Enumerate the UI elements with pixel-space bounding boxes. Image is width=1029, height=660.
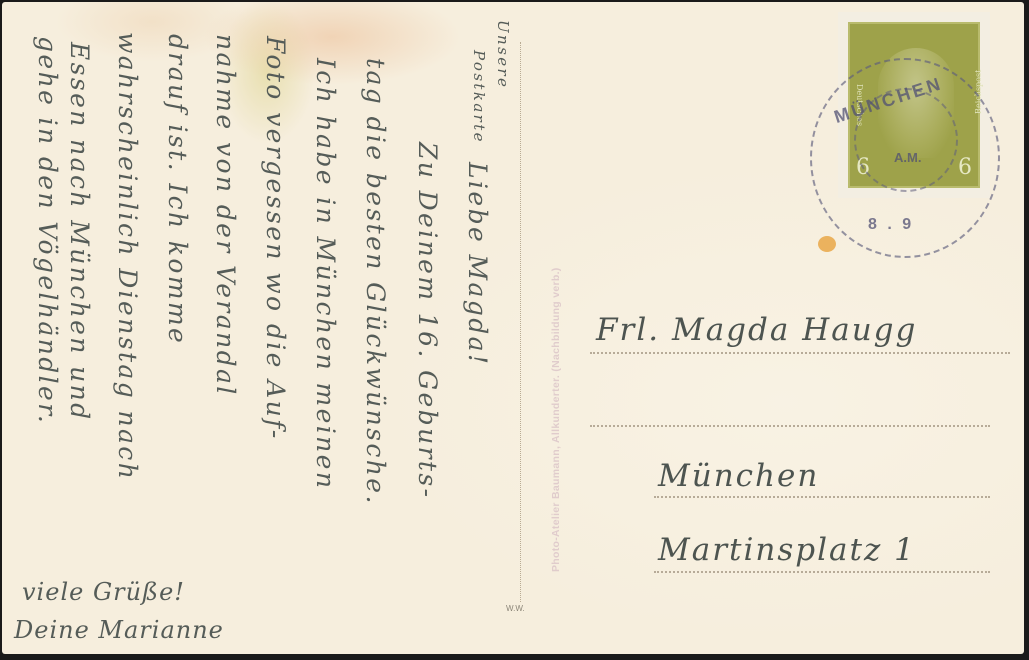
message-line-7: drauf ist. Ich komme <box>163 34 192 345</box>
margin-note-1: Unsere <box>494 20 512 89</box>
message-line-3: tag die besten Glückwünsche. <box>361 58 390 506</box>
message-line-5: Foto vergessen wo die Auf- <box>261 36 290 441</box>
message-line-10: gehe in den Vögelhändler. <box>33 36 62 425</box>
address-line-2 <box>590 425 990 427</box>
address-line-3 <box>654 496 990 498</box>
message-line-2: Zu Deinem 16. Geburts- <box>413 142 442 499</box>
recipient-name: Frl. Magda Haugg <box>596 312 917 348</box>
message-line-1: Liebe Magda! <box>463 162 492 366</box>
postmark-date: 8 . 9 <box>868 216 914 234</box>
signature: Deine Marianne <box>14 616 224 644</box>
margin-note-2: Postkarte <box>470 50 488 144</box>
closing-greeting: viele Grüße! <box>22 578 185 606</box>
ink-stain <box>818 236 836 252</box>
message-line-6: nahme von der Verandal <box>211 34 240 397</box>
address-line-1 <box>590 352 1010 354</box>
recipient-street: Martinsplatz 1 <box>658 532 916 568</box>
message-line-4: Ich habe in München meinen <box>311 58 340 490</box>
message-line-8: wahrscheinlich Dienstag nach <box>113 32 142 481</box>
printer-imprint: Photo-Atelier Baumann, Allkunderter. (Na… <box>550 267 562 572</box>
postcard-back: Photo-Atelier Baumann, Allkunderter. (Na… <box>2 2 1024 654</box>
postmark-cancel: MÜNCHEN A.M. 8 . 9 <box>810 58 1000 258</box>
message-line-9: Essen nach München und <box>65 42 94 422</box>
recipient-city: München <box>658 458 819 494</box>
center-divider <box>520 42 521 602</box>
address-line-4 <box>654 571 990 573</box>
printer-initials: W.W. <box>506 604 525 613</box>
postmark-time: A.M. <box>894 150 921 165</box>
